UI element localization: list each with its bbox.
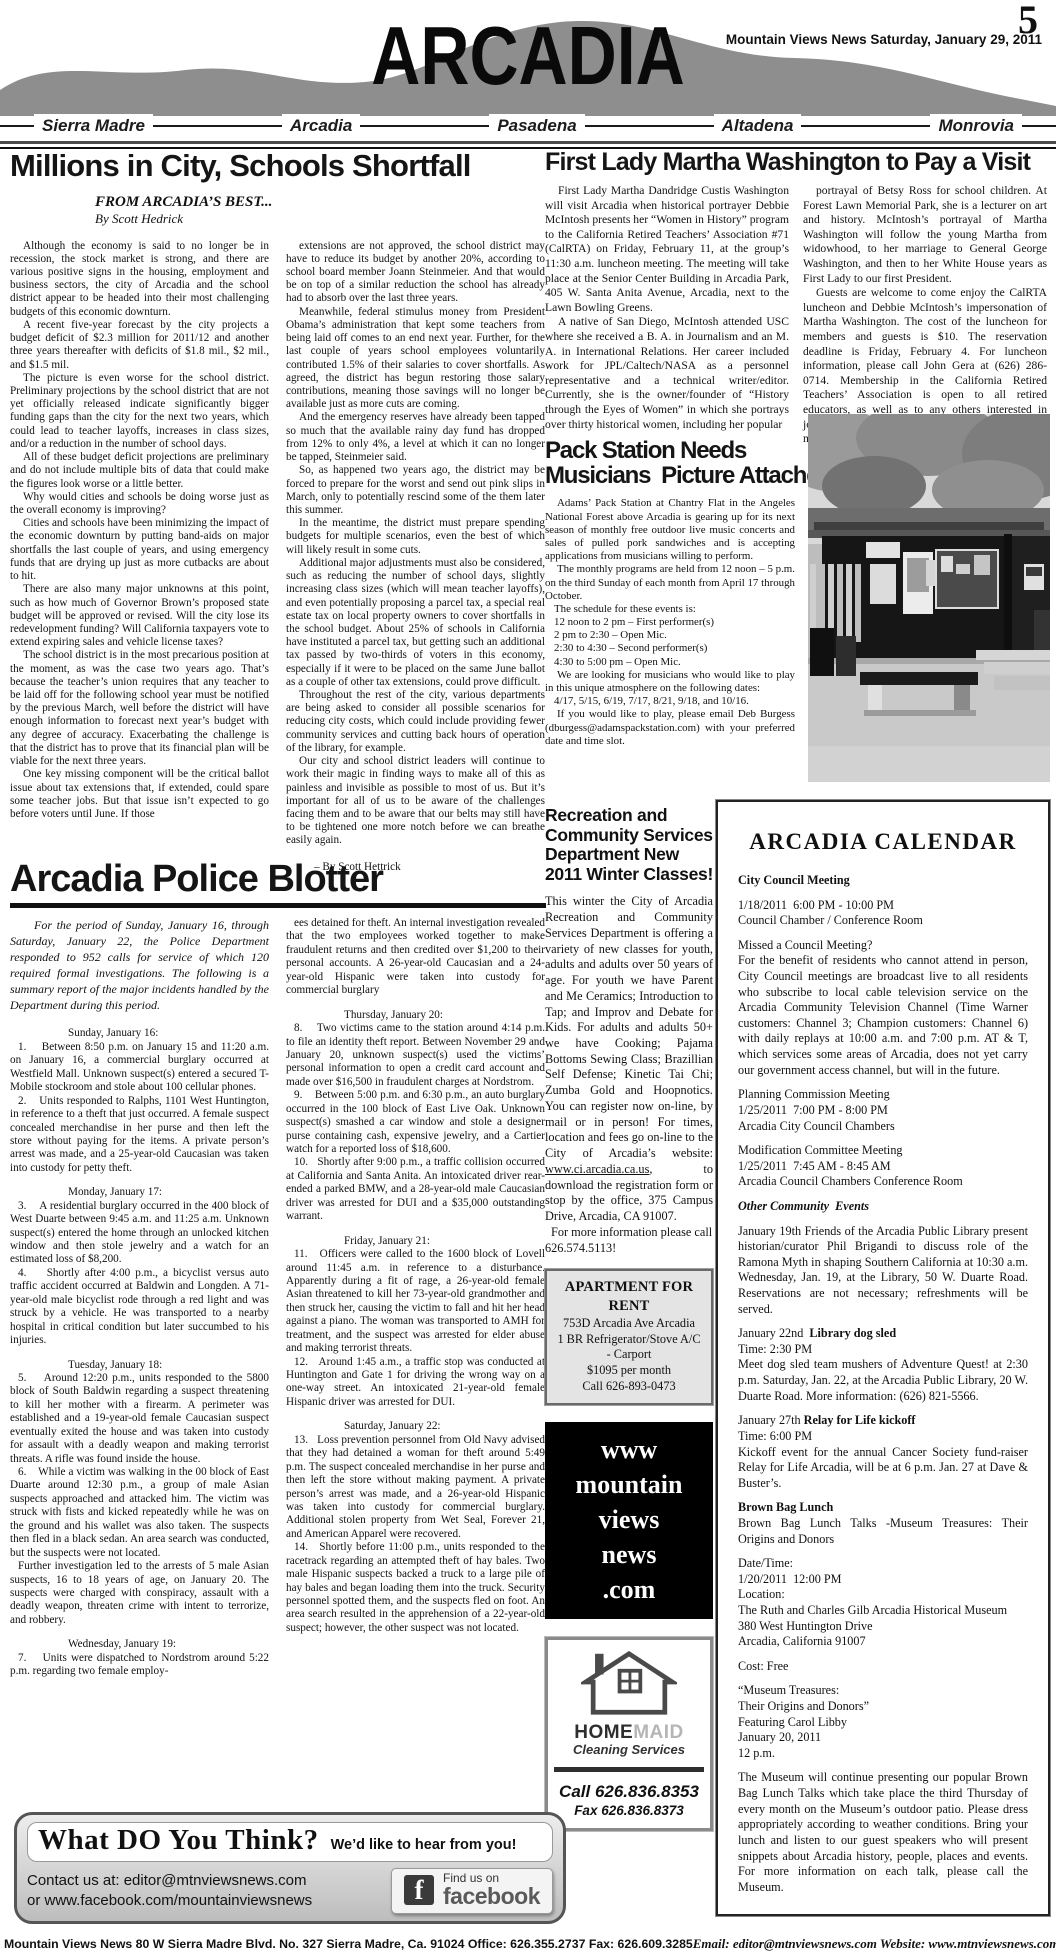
website-ad-line: views xyxy=(545,1502,713,1537)
blotter-intro: For the period of Sunday, January 16, th… xyxy=(10,917,269,1013)
paragraph: A recent five-year forecast by the city … xyxy=(10,319,269,372)
paragraph: 2:30 to 4:30 – Second performer(s) xyxy=(545,642,795,655)
blotter-entry: Sunday, January 16: xyxy=(10,1027,269,1040)
calendar-line xyxy=(738,1215,1028,1224)
paragraph: A native of San Diego, McIntosh attended… xyxy=(545,315,789,432)
contact-email[interactable]: Contact us at: editor@mtnviewsnews.com xyxy=(27,1871,312,1891)
calendar-line: The Museum will continue presenting our … xyxy=(738,1770,1028,1895)
calendar-line: January 19th Friends of the Arcadia Publ… xyxy=(738,1224,1028,1318)
paragraph: The monthly programs are held from 12 no… xyxy=(545,563,795,603)
paragraph: The school district is in the most preca… xyxy=(10,649,269,768)
pack-station-photo xyxy=(808,414,1050,782)
calendar-line: Other Community Events xyxy=(738,1199,1028,1215)
paragraph: One key missing component will be the cr… xyxy=(10,768,269,821)
blotter-entry: 6. While a victim was walking in the 00 … xyxy=(10,1466,269,1560)
paragraph: 12 noon to 2 pm – First performer(s) xyxy=(545,616,795,629)
calendar-line xyxy=(738,929,1028,938)
blotter-entry: 1. Between 8:50 p.m. on January 15 and 1… xyxy=(10,1041,269,1095)
calendar-line: Featuring Carol Libby xyxy=(738,1715,1028,1731)
banner-headline-box: What DO You Think? We’d like to hear fro… xyxy=(27,1822,553,1862)
paragraph: extensions are not approved, the school … xyxy=(286,240,545,306)
article-kicker: FROM ARCADIA’S BEST... xyxy=(95,194,546,211)
calendar-line: Planning Commission Meeting xyxy=(738,1087,1028,1103)
article-body: Adams’ Pack Station at Chantry Flat in t… xyxy=(545,497,795,748)
calendar-line xyxy=(738,889,1028,898)
calendar-line: Arcadia City Council Chambers xyxy=(738,1119,1028,1135)
blotter-entry: Thursday, January 20: xyxy=(286,1009,545,1022)
calendar-line: 12 p.m. xyxy=(738,1746,1028,1762)
calendar-line: 1/18/2011 6:00 PM - 10:00 PM xyxy=(738,898,1028,914)
calendar-line xyxy=(738,1190,1028,1199)
calendar-line: City Council Meeting xyxy=(738,873,1028,889)
calendar-line: 380 West Huntington Drive xyxy=(738,1619,1028,1635)
article-schools-shortfall: Millions in City, Schools Shortfall FROM… xyxy=(10,150,546,874)
ad-line: 1 BR Refrigerator/Stove A/C xyxy=(550,1332,708,1348)
feedback-banner: What DO You Think? We’d like to hear fro… xyxy=(14,1812,566,1924)
calendar-line: Location: xyxy=(738,1587,1028,1603)
article-column-2: portrayal of Betsy Ross for school child… xyxy=(803,184,1047,447)
blotter-entry: Monday, January 17: xyxy=(10,1186,269,1199)
article-pack-station: Pack Station Needs Musicians Picture Att… xyxy=(545,438,795,748)
blotter-entry: 2. Units responded to Ralphs, 1101 West … xyxy=(10,1095,269,1176)
ad-title: APARTMENT FOR RENT xyxy=(550,1278,708,1316)
calendar-line: January 20, 2011 xyxy=(738,1730,1028,1746)
blotter-entry: 10. Shortly after 9:00 p.m., a traffic c… xyxy=(286,1156,545,1223)
recreation-paragraph: This winter the City of Arcadia Recreati… xyxy=(545,894,713,1224)
calendar-line xyxy=(738,1134,1028,1143)
calendar-line: Missed a Council Meeting? xyxy=(738,938,1028,954)
blotter-entry: 14. Shortly before 11:00 p.m., units res… xyxy=(286,1541,545,1635)
article-first-lady: First Lady Martha Washington to Pay a Vi… xyxy=(545,150,1050,447)
homemaid-phone: Call 626.836.8353 xyxy=(552,1781,706,1802)
arcadia-calendar: ARCADIA CALENDAR City Council Meeting1/1… xyxy=(716,800,1050,1916)
website-ad-line: mountain xyxy=(545,1467,713,1502)
calendar-line xyxy=(738,1404,1028,1413)
blotter-entry: Tuesday, January 18: xyxy=(10,1359,269,1372)
paragraph: There are also many major unknowns at th… xyxy=(10,583,269,649)
homemaid-cleaning-ad: HOMEMAID Cleaning Services Call 626.836.… xyxy=(545,1637,713,1831)
paragraph: First Lady Martha Dandridge Custis Washi… xyxy=(545,184,789,315)
calendar-line xyxy=(738,1491,1028,1500)
calendar-line xyxy=(738,1317,1028,1326)
calendar-line: Council Chamber / Conference Room xyxy=(738,913,1028,929)
paragraph: If you would like to play, please email … xyxy=(545,708,795,748)
calendar-line xyxy=(738,1761,1028,1770)
blotter-column-1: For the period of Sunday, January 16, th… xyxy=(10,917,269,1679)
paragraph: We are looking for musicians who would l… xyxy=(545,669,795,695)
calendar-line xyxy=(738,1078,1028,1087)
article-byline: By Scott Hedrick xyxy=(95,211,546,227)
paragraph: 4/17, 5/15, 6/19, 7/17, 8/21, 9/18, and … xyxy=(545,695,795,708)
paragraph: Cities and schools have been minimizing … xyxy=(10,517,269,583)
blotter-entry: 5. Around 12:20 p.m., units responded to… xyxy=(10,1372,269,1466)
calendar-line: Time: 2:30 PM xyxy=(738,1342,1028,1358)
calendar-line: Cost: Free xyxy=(738,1659,1028,1675)
calendar-line: 1/20/2011 12:00 PM xyxy=(738,1572,1028,1588)
middle-column: Recreation and Community Services Depart… xyxy=(545,806,713,1831)
calendar-line: Modification Committee Meeting xyxy=(738,1143,1028,1159)
region-label: Pasadena xyxy=(489,114,584,138)
paragraph: Meanwhile, federal stimulus money from P… xyxy=(286,306,545,412)
contact-lines: Contact us at: editor@mtnviewsnews.com o… xyxy=(27,1871,312,1912)
article-column-2: extensions are not approved, the school … xyxy=(286,240,545,874)
paragraph: Additional major adjustments must also b… xyxy=(286,557,545,689)
website-ad-line: www xyxy=(545,1432,713,1467)
region-label: Arcadia xyxy=(282,114,360,138)
banner-subtext: We’d like to hear from you! xyxy=(331,1837,517,1853)
calendar-line: Kickoff event for the annual Cancer Soci… xyxy=(738,1445,1028,1492)
paragraph: Although the economy is said to no longe… xyxy=(10,240,269,319)
calendar-line: January 22nd Library dog sled xyxy=(738,1326,1028,1342)
blotter-rule xyxy=(10,903,546,908)
recreation-phone-line: For more information please call 626.574… xyxy=(545,1225,713,1256)
calendar-line: For the benefit of residents who cannot … xyxy=(738,953,1028,1078)
article-column-1: Although the economy is said to no longe… xyxy=(10,240,269,874)
paragraph: Why would cities and schools be doing wo… xyxy=(10,491,269,517)
facebook-badge[interactable]: f Find us on facebook xyxy=(391,1868,553,1914)
arcadia-website-link[interactable]: www.ci.arcadia.ca.us xyxy=(545,1162,649,1176)
facebook-badge-brand: facebook xyxy=(443,1885,540,1908)
homemaid-brand: HOMEMAID xyxy=(552,1723,706,1742)
blotter-entry: 12. Around 1:45 a.m., a traffic stop was… xyxy=(286,1356,545,1410)
homemaid-tagline: Cleaning Services xyxy=(552,1742,706,1759)
region-strip: Sierra MadreArcadiaPasadenaAltadenaMonro… xyxy=(0,114,1056,138)
blotter-entry: 8. Two victims came to the station aroun… xyxy=(286,1022,545,1089)
paragraph: The picture is even worse for the school… xyxy=(10,372,269,451)
region-label: Altadena xyxy=(714,114,802,138)
calendar-line xyxy=(738,1674,1028,1683)
region-label: Sierra Madre xyxy=(34,114,153,138)
footer-address: Mountain Views News 80 W Sierra Madre Bl… xyxy=(4,1937,693,1951)
blotter-entry: 7. Units were dispatched to Nordstrom ar… xyxy=(10,1652,269,1679)
article-headline-line1: Pack Station Needs xyxy=(545,438,795,463)
blotter-entry: Wednesday, January 19: xyxy=(10,1638,269,1651)
blotter-entry: ees detained for theft. An internal inve… xyxy=(286,917,545,998)
blotter-entry: Further investigation led to the arrests… xyxy=(10,1560,269,1627)
calendar-line: Their Origins and Donors” xyxy=(738,1699,1028,1715)
contact-facebook-url[interactable]: or www.facebook.com/mountainviewsnews xyxy=(27,1891,312,1911)
blotter-column-2: ees detained for theft. An internal inve… xyxy=(286,917,545,1679)
facebook-icon: f xyxy=(404,1875,434,1905)
paragraph: Adams’ Pack Station at Chantry Flat in t… xyxy=(545,497,795,563)
blotter-entry: Friday, January 21: xyxy=(286,1235,545,1248)
calendar-line: Brown Bag Lunch xyxy=(738,1500,1028,1516)
calendar-line: Time: 6:00 PM xyxy=(738,1429,1028,1445)
blotter-entry: 4. Shortly after 4:00 p.m., a bicyclist … xyxy=(10,1267,269,1348)
calendar-title: ARCADIA CALENDAR xyxy=(738,830,1028,853)
issue-date: Mountain Views News Saturday, January 29… xyxy=(726,32,1042,47)
ad-line: 753D Arcadia Ave Arcadia xyxy=(550,1316,708,1332)
article-headline: Millions in City, Schools Shortfall xyxy=(10,150,546,182)
article-headline-line2: Musicians Picture Attached xyxy=(545,463,795,488)
paragraph: 4:30 to 5:00 pm – Open Mic. xyxy=(545,656,795,669)
region-label: Monrovia xyxy=(930,114,1022,138)
calendar-line: The Ruth and Charles Gilb Arcadia Histor… xyxy=(738,1603,1028,1619)
banner-headline: What DO You Think? xyxy=(38,1825,319,1857)
calendar-line: January 27th Relay for Life kickoff xyxy=(738,1413,1028,1429)
blotter-entry: 9. Between 5:00 p.m. and 6:30 p.m., an a… xyxy=(286,1089,545,1156)
house-icon xyxy=(581,1650,677,1716)
calendar-line xyxy=(738,1547,1028,1556)
paragraph: So, as happened two years ago, the distr… xyxy=(286,464,545,517)
newspaper-page: ARCADIA 5 Mountain Views News Saturday, … xyxy=(0,0,1056,1956)
homemaid-fax: Fax 626.836.8373 xyxy=(552,1802,706,1820)
blotter-entry: 11. Officers were called to the 1600 blo… xyxy=(286,1248,545,1356)
article-column-1: First Lady Martha Dandridge Custis Washi… xyxy=(545,184,789,447)
ad-line: $1095 per month xyxy=(550,1363,708,1379)
calendar-line: 1/25/2011 7:45 AM - 8:45 AM xyxy=(738,1159,1028,1175)
mountainviewsnews-website-ad[interactable]: wwwmountainviewsnews.com xyxy=(545,1422,713,1619)
blotter-entry: 3. A residential burglary occurred in th… xyxy=(10,1200,269,1267)
calendar-line: “Museum Treasures: xyxy=(738,1683,1028,1699)
police-blotter: Arcadia Police Blotter For the period of… xyxy=(10,860,546,1679)
website-ad-line: .com xyxy=(545,1572,713,1607)
calendar-line xyxy=(738,1650,1028,1659)
paragraph: portrayal of Betsy Ross for school child… xyxy=(803,184,1047,286)
calendar-line: Arcadia, California 91007 xyxy=(738,1634,1028,1650)
ad-line: - Carport xyxy=(550,1347,708,1363)
blotter-entry: Saturday, January 22: xyxy=(286,1420,545,1433)
masthead-title: ARCADIA xyxy=(371,15,685,98)
calendar-line: Meet dog sled team mushers of Adventure … xyxy=(738,1357,1028,1404)
article-headline: First Lady Martha Washington to Pay a Vi… xyxy=(545,150,1050,175)
blotter-entry: 13. Loss prevention personnel from Old N… xyxy=(286,1434,545,1542)
recreation-text: This winter the City of Arcadia Recreati… xyxy=(545,894,713,1160)
calendar-line: Date/Time: xyxy=(738,1556,1028,1572)
apartment-for-rent-ad: APARTMENT FOR RENT 753D Arcadia Ave Arca… xyxy=(545,1269,713,1404)
divider xyxy=(554,1767,704,1772)
calendar-line: Brown Bag Lunch Talks -Museum Treasures:… xyxy=(738,1516,1028,1547)
calendar-line: 1/25/2011 7:00 PM - 8:00 PM xyxy=(738,1103,1028,1119)
website-ad-line: news xyxy=(545,1537,713,1572)
blotter-headline: Arcadia Police Blotter xyxy=(10,860,546,898)
page-footer: Mountain Views News 80 W Sierra Madre Bl… xyxy=(0,1936,1056,1952)
recreation-headline: Recreation and Community Services Depart… xyxy=(545,806,713,884)
paragraph: And the emergency reserves have already … xyxy=(286,411,545,464)
paragraph: The schedule for these events is: xyxy=(545,603,795,616)
paragraph: 2 pm to 2:30 – Open Mic. xyxy=(545,629,795,642)
paragraph: All of these budget deficit projections … xyxy=(10,451,269,491)
calendar-line: Arcadia Council Chambers Conference Room xyxy=(738,1174,1028,1190)
footer-email-website[interactable]: Email: editor@mtnviewsnews.com Website: … xyxy=(693,1936,1056,1952)
paragraph: Our city and school district leaders wil… xyxy=(286,755,545,848)
paragraph: Throughout the rest of the city, various… xyxy=(286,689,545,755)
paragraph: In the meantime, the district must prepa… xyxy=(286,517,545,557)
ad-line: Call 626-893-0473 xyxy=(550,1379,708,1395)
